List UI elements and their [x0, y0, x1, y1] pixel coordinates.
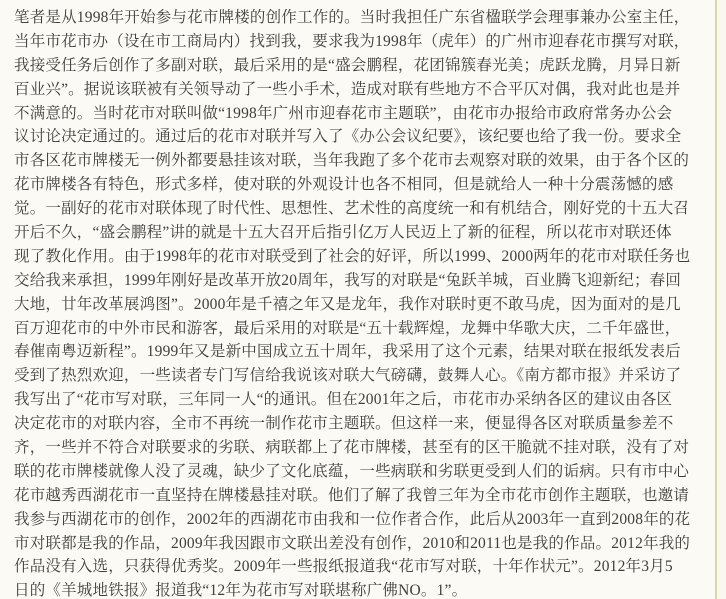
- text-line: 百业兴”。据说该联被有关领导动了一些小手术，造成对联有些地方不合平仄对偶，我对此…: [14, 78, 704, 102]
- text-line: 齐，一些并不符合对联要求的劣联、病联都上了花市牌楼，甚至有的区干脆就不挂对联，没…: [14, 436, 704, 460]
- text-line: 百万迎花市的中外市民和游客，最后采用的对联是“五十载辉煌，龙舞中华歌大庆，二千年…: [14, 317, 704, 341]
- text-line: 决定花市的对联内容，全市不再统一制作花市主题联。但这样一来，便显得各区对联质量参…: [14, 412, 704, 436]
- text-line: 作品没有入选，只获得优秀奖。2009年一些报纸报道我“花市写对联，十年作状元”。…: [14, 555, 704, 579]
- text-line: 笔者是从1998年开始参与花市牌楼的创作工作的。当时我担任广东省楹联学会理事兼办…: [14, 6, 704, 30]
- page-right-divider: [715, 0, 717, 599]
- text-line: 不满意的。当时花市对联叫做“1998年广州市迎春花市主题联”，由花市办报给市政府…: [14, 102, 704, 126]
- article-text: 笔者是从1998年开始参与花市牌楼的创作工作的。当时我担任广东省楹联学会理事兼办…: [14, 6, 704, 599]
- text-line: 市各区花市牌楼无一例外都要悬挂该对联，当年我跑了多个花市去观察对联的效果，由于各…: [14, 149, 704, 173]
- text-line: 当年市花市办（设在市工商局内）找到我，要求我为1998年（虎年）的广州市迎春花市…: [14, 30, 704, 54]
- page-right-gutter: [717, 0, 726, 599]
- text-line: 大地，廿年改革展鸿图”。2000年是千禧之年又是龙年，我作对联时更不敢马虎，因为…: [14, 293, 704, 317]
- text-line: 联的花市牌楼就像人没了灵魂，缺少了文化底蕴，一些病联和劣联更受到人们的诟病。只有…: [14, 460, 704, 484]
- text-line: 我接受任务后创作了多副对联，最后采用的是“盛会鹏程，花团锦簇春光美；虎跃龙腾，月…: [14, 54, 704, 78]
- text-line: 市对联都是我的作品，2009年我因跟市文联出差没有创作，2010和2011也是我…: [14, 532, 704, 556]
- text-line: 开后不久，“盛会鹏程”讲的就是十五大召开后指引亿万人民迈上了新的征程，所以花市对…: [14, 221, 704, 245]
- text-line: 觉。一副好的花市对联体现了时代性、思想性、艺术性的高度统一和有机结合，刚好党的十…: [14, 197, 704, 221]
- text-line: 我参与西湖花市的创作，2002年的西湖花市由我和一位作者合作，此后从2003年一…: [14, 508, 704, 532]
- text-line: 我写出了“花市写对联，三年同一人“的通讯。但在2001年之后，市花市办采纳各区的…: [14, 388, 704, 412]
- text-line: 现了教化作用。由于1998年的花市对联受到了社会的好评，所以1999、2000两…: [14, 245, 704, 269]
- text-line: 议讨论决定通过的。通过后的花市对联并写入了《办公会议纪要》，该纪要也给了我一份。…: [14, 125, 704, 149]
- text-line: 花市越秀西湖花市一直坚持在牌楼悬挂对联。他们了解了我曾三年为全市花市创作主题联，…: [14, 484, 704, 508]
- text-line: 春催南粤迈新程”。1999年又是新中国成立五十周年，我采用了这个元素，结果对联在…: [14, 340, 704, 364]
- text-line: 受到了热烈欢迎，一些读者专门写信给我说该对联大气磅礴，鼓舞人心。《南方都市报》并…: [14, 364, 704, 388]
- text-line: 交给我来承担，1999年刚好是改革开放20周年，我写的对联是“兔跃羊城，百业腾飞…: [14, 269, 704, 293]
- text-line: 日的《羊城地铁报》报道我“12年为花市写对联堪称广佛NO。1”。: [14, 579, 704, 599]
- text-line: 花市牌楼各有特色，形式多样，使对联的外观设计也各不相同，但是就给人一种十分震荡憾…: [14, 173, 704, 197]
